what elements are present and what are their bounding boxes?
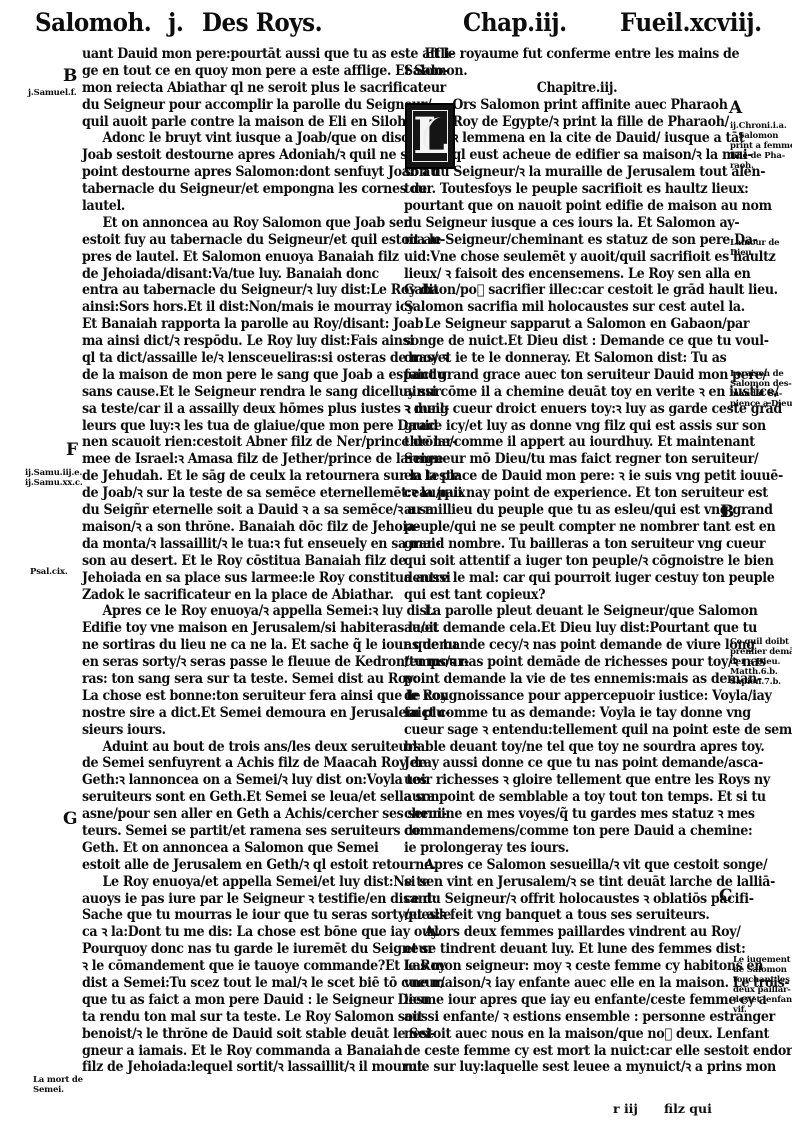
section-marker-b-letter: B [63,66,77,86]
text-line: point demande la vie de tes ennemis:mais… [404,671,694,688]
text-line: teurs. Semei se partit/et ramena ses ser… [82,823,370,840]
text-line: Salomon. [404,63,694,80]
text-line: La parolle pleut deuant le Seigneur/que … [404,603,694,620]
text-line: ques:ꝛ feit vng banquet a tous ses serui… [404,907,694,924]
text-line: faict grand grace auec ton seruiteur Dau… [404,367,694,384]
text-line: estoit alle de Jerusalem en Geth/ꝛ ql es… [82,857,370,874]
text-line: en seras sorty/ꝛ seras passe le fleuue d… [82,654,370,671]
text-line: ainsi cōme il a chemine deuāt toy en ver… [404,384,694,401]
text-line: faict comme tu as demande: Voyla ie tay … [404,705,694,722]
text-line: seruiteurs sont en Geth.Et Semei se leua… [82,789,370,806]
text-line: Salomon sacrifia mil holocaustes sur ces… [404,299,694,316]
text-line: vne maison/ꝛ iay enfante auec elle en la… [404,975,694,992]
text-line: blable deuant toy/ne tel que toy ne sour… [404,739,694,756]
text-line: de Joab/ꝛ sur la teste de sa semēce eter… [82,485,370,502]
text-line: leurs que luy:ꝛ les tua de glaiue/que mo… [82,418,370,435]
section-marker-a-letter: A [729,98,742,118]
text-line: que tu as faict a mon pere Dauid : le Se… [82,992,370,1009]
text-line: si sen vint en Jerusalem/ꝛ se tint deuāt… [404,874,694,891]
text-line: da monta/ꝛ lassaillit/ꝛ le tua:ꝛ fut ens… [82,536,370,553]
text-line: grand nombre. Tu bailleras a ton seruite… [404,536,694,553]
section-marker-b-right-letter: B [720,502,734,522]
text-line: ne sortiras du lieu ne ca ne la. Et sach… [82,637,370,654]
marginal-note-semei-death: La mort de Semei. [33,1075,83,1095]
right-text-column: Et le royaume fut conferme entre les mai… [404,46,716,1076]
text-line: Et le royaume fut conferme entre les mai… [404,46,694,63]
folio-number: Fueil.xcviij. [620,8,762,37]
text-line: nen scauoit rien:cestoit Abner filz de N… [82,434,370,451]
text-line: ꝛ le cōmandement que ie tauoye commande?… [82,958,370,975]
text-line: Gabaon/po᷑ sacrifier illec:car cestoit l… [404,282,694,299]
text-line: La chose est bonne:ton seruiteur fera ai… [82,688,370,705]
text-line: Seigneur mō Dieu/tu mas faict regner ton… [404,451,694,468]
running-header: Salomoh. j. Des Roys. Chap.iij. Fueil.xc… [0,8,792,48]
text-line: commandemens/comme ton pere Dauid a chem… [404,823,694,840]
text-line: de la maison de mon pere le sang que Joa… [82,367,370,384]
text-line: qui soit attentif a iuger ton peuple/ꝛ c… [404,553,694,570]
text-line: ie prolongeray tes iours. [404,840,694,857]
text-line: mee de Israel:ꝛ Amasa filz de Jether/pri… [82,451,370,468]
text-line: asne/pour sen aller en Geth a Achis/cerc… [82,806,370,823]
text-line: peuple/qui ne se peult compter ne nombre… [404,519,694,536]
text-line: dentre le mal: car qui pourroit iuger ce… [404,570,694,587]
chapter-heading: Chap.iij. [463,8,567,37]
text-line: point destourne apres Salomon:dont senfu… [82,164,370,181]
text-line: estoit fuy au tabernacle du Seigneur/et … [82,232,370,249]
text-line: mie sur luy:laquelle sest leuee a mynuic… [404,1059,694,1076]
text-line: thrŏne/comme il appert au iourdhuy. Et m… [404,434,694,451]
text-line: dras/et ie te le donneray. Et Salomon di… [404,350,694,367]
book-title: Des Roys. [202,8,322,37]
text-line: Joab sestoit destourne apres Adoniah/ꝛ q… [82,147,370,164]
text-line: du Seigneur pour accomplir la parolle du… [82,97,370,114]
marginal-note-oraison-salomon: Loraison de Salomon des- mandāt Sa- pien… [730,369,792,409]
text-line: uid:Vne chose seulemēt y auoit/quil sacr… [404,249,694,266]
text-line: lieux/ ꝛ faisoit des encensemens. Le Roy… [404,266,694,283]
text-line: qui est tant copieux? [404,587,694,604]
decorated-initial: L [405,103,455,169]
marginal-note-samuel-refs: ij.Samu.iij.e. ij.Samu.xx.c. [25,468,83,488]
text-line: Chapitre.iij. [404,80,694,97]
text-line: Et Banaiah rapporta la parolle au Roy/di… [82,316,370,333]
text-line: Pourquoy donc nas tu garde le iuremēt du… [82,941,370,958]
text-line: Edifie toy vne maison en Jerusalem/si ha… [82,620,370,637]
text-line: mon reiecta Abiathar ql ne seroit plus l… [82,80,370,97]
text-line: tabernacle du Seigneur/et empongna les c… [82,181,370,198]
text-line: grace icy/et luy as donne vng filz qui e… [404,418,694,435]
text-line: de congnoissance pour appercepuoir iusti… [404,688,694,705]
marginal-note-samuel-ref: j.Samuel.f. [28,88,77,98]
marginal-note-amour-dieu: Lamour de Dieu. [730,238,779,258]
text-line: pres de lautel. Et Salomon enuoya Banaia… [82,249,370,266]
book-number: j. [168,8,183,37]
marginal-note-chroni-ref: ij.Chroni.i.a. Salomon print a femme la … [730,121,792,171]
text-line: Las mon seigneur: moy ꝛ ceste femme cy h… [404,958,694,975]
text-line: ceau/qui nay point de experience. Et ton… [404,485,694,502]
left-text-column: uant Dauid mon pere:pourtāt aussi que tu… [82,46,392,1076]
text-line: sans cause.Et le Seigneur rendra le sang… [82,384,370,401]
text-line: aura point de semblable a toy tout ton t… [404,789,694,806]
text-line: Jeray aussi donne ce que tu nas point de… [404,755,694,772]
text-line: auoys ie pas iure par le Seigneur ꝛ test… [82,891,370,908]
text-line: auoit demande cela.Et Dieu luy dist:Pour… [404,620,694,637]
text-line: cueur sage ꝛ entendu:tellement quil na p… [404,722,694,739]
text-line: Alors deux femmes paillardes vindrent au… [404,924,694,941]
section-marker-f-letter: F [66,440,78,460]
text-line: ras: ton sang sera sur ta teste. Semei d… [82,671,370,688]
text-line: ꝛ dung cueur droict enuers toy:ꝛ luy as … [404,401,694,418]
text-line: pourtant que on nauoit point edifie de m… [404,198,694,215]
text-line: sieurs iours. [82,722,370,739]
text-line: de Semei senfuyrent a Achis filz de Maac… [82,755,370,772]
text-line: Zadok le sacrificateur en la place de Ab… [82,587,370,604]
catchword: filz qui [664,1101,712,1116]
text-line: temps/ꝛ nas point demāde de richesses po… [404,654,694,671]
text-line: Jehoiada en sa place sus larmee:le Roy c… [82,570,370,587]
text-line: uoir richesses ꝛ gloire tellement que en… [404,772,694,789]
text-line: Adonc le bruyt vint iusque a Joab/que on… [82,130,370,147]
text-line: songe de nuict.Et Dieu dist : Demande ce… [404,333,694,350]
text-line: Sache que tu mourras le iour que tu sera… [82,907,370,924]
text-line: chemine en mes voyes/q̃ tu gardes mes st… [404,806,694,823]
text-line: nostre sire a dict.Et Semei demoura en J… [82,705,370,722]
text-line: ge en tout ce en quoy mon pere a este af… [82,63,370,80]
text-line: en la place de Dauid mon pere: ꝛ ie suis… [404,468,694,485]
text-line: Geth:ꝛ lannoncea on a Semei/ꝛ luy dist o… [82,772,370,789]
text-line: du Seigñr eternelle soit a Dauid ꝛ a sa … [82,502,370,519]
text-line: Apres ce Salomon sesueilla/ꝛ vit que ces… [404,857,694,874]
text-line: gneur a iamais. Et le Roy commanda a Ban… [82,1043,370,1060]
text-line: uant Dauid mon pere:pourtāt aussi que tu… [82,46,370,63]
text-line: du Seigneur iusque a ces iours la. Et Sa… [404,215,694,232]
text-line: Le Roy enuoya/et appella Semei/et luy di… [82,874,370,891]
text-line: iesme iour apres que iay eu enfante/cest… [404,992,694,1009]
text-line: lautel. [82,198,370,215]
text-line: nestoit auec nous en la maison/que no᷑ d… [404,1026,694,1043]
text-line: ma ainsi dict/ꝛ respōdu. Le Roy luy dist… [82,333,370,350]
section-marker-c-letter: C [719,886,733,906]
text-line: filz de Jehoiada:lequel sortit/ꝛ lassail… [82,1059,370,1076]
text-line: Le Seigneur sapparut a Salomon en Gabaon… [404,316,694,333]
text-line: sa teste/car il a assailly deux hōmes pl… [82,401,370,418]
text-line: de ceste femme cy est mort la nuict:car … [404,1043,694,1060]
text-line: as demande cecy/ꝛ nas point demande de v… [404,637,694,654]
text-line: et se tindrent deuant luy. Et lune des f… [404,941,694,958]
marginal-note-iugement-salomon: Le iugement de Salomon touchant les deux… [733,955,792,1015]
text-line: Apres ce le Roy enuoya/ꝛ appella Semei:ꝛ… [82,603,370,620]
text-line: aussi enfante/ ꝛ estions ensemble : pers… [404,1009,694,1026]
section-marker-g-letter: G [63,809,78,829]
text-line: ca ꝛ la:Dont tu me dis: La chose est bōn… [82,924,370,941]
text-line: Geth. Et on annoncea a Salomon que Semei [82,840,370,857]
text-line: ta rendu ton mal sur ta teste. Le Roy Sa… [82,1009,370,1026]
text-line: benoist/ꝛ le thrŏne de Dauid soit stable… [82,1026,370,1043]
text-line: maison/ꝛ a son thrŏne. Banaiah dōc filz … [82,519,370,536]
text-line: quil auoit parle contre la maison de Eli… [82,114,370,131]
text-line: entra au tabernacle du Seigneur/ꝛ luy di… [82,282,370,299]
marginal-note-psal-ref: Psal.cix. [30,567,68,577]
text-line: ce du Seigneur/ꝛ offrit holocaustes ꝛ ob… [404,891,694,908]
signature-mark: r iij [613,1101,638,1116]
text-line: Aduint au bout de trois ans/les deux ser… [82,739,370,756]
running-title-left: Salomoh. [35,8,151,37]
text-line: ainsi:Sors hors.Et il dist:Non/mais ie m… [82,299,370,316]
text-line: de Jehoiada/disant:Va/tue luy. Banaiah d… [82,266,370,283]
text-line: de Jehudah. Et le sāg de ceulx la retour… [82,468,370,485]
text-line: au millieu du peuple que tu as esleu/qui… [404,502,694,519]
text-line: Et on annoncea au Roy Salomon que Joab s… [82,215,370,232]
text-line: son au desert. Et le Roy cōstitua Banaia… [82,553,370,570]
marginal-note-demander-dieu: Ce quil doibt premier demā- der a Dieu. … [730,637,792,687]
text-line: dist a Semei:Tu scez tout le mal/ꝛ le sc… [82,975,370,992]
text-line: ql ta dict/assaille le/ꝛ lensceueliras:s… [82,350,370,367]
text-line: ma le Seigneur/cheminant es statuz de so… [404,232,694,249]
text-line: tour. Toutesfoys le peuple sacrifioit es… [404,181,694,198]
